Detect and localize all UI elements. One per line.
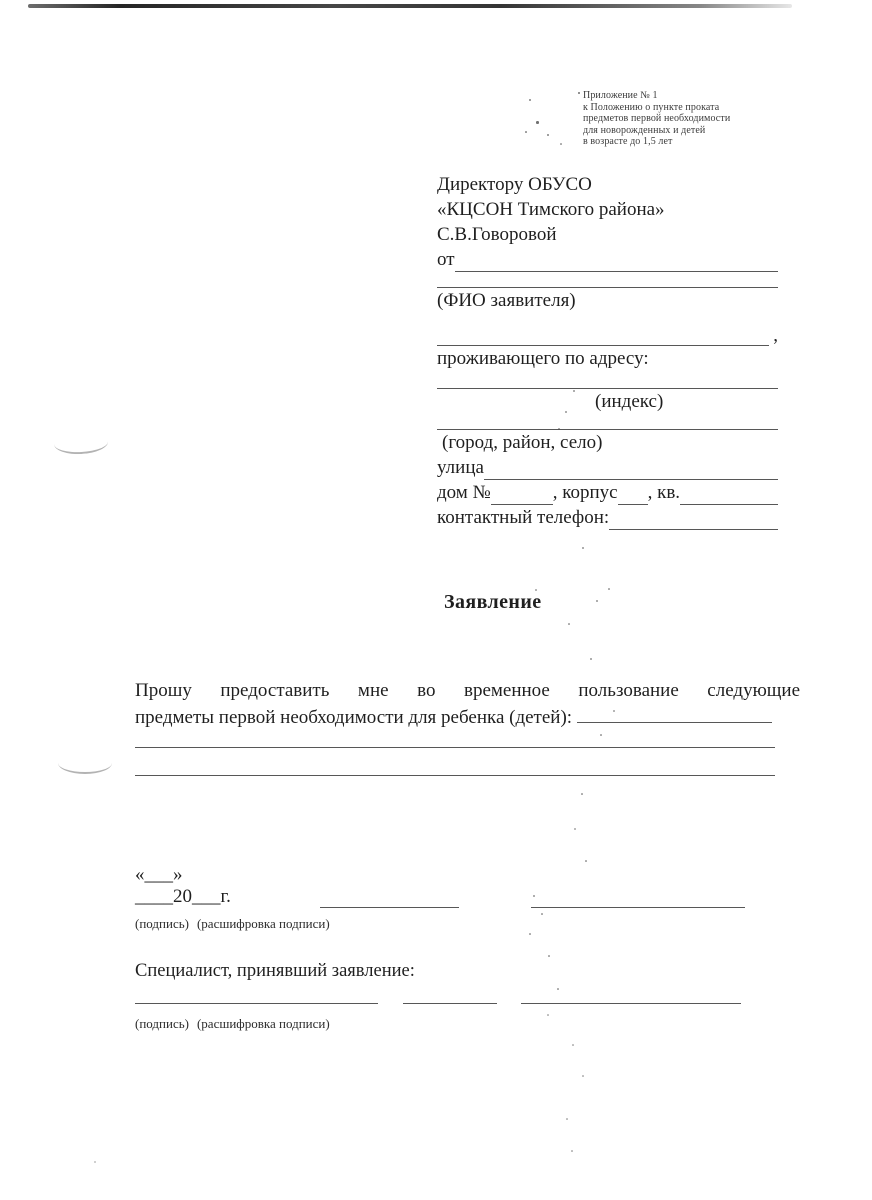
scan-speckle — [548, 955, 550, 957]
scan-speckle — [565, 411, 567, 413]
apartment-line — [680, 483, 778, 505]
items-line-2 — [135, 731, 775, 748]
annotation-line: для новорожденных и детей — [583, 125, 730, 137]
specialist-signature-line — [135, 985, 378, 1004]
scan-speckle — [590, 658, 592, 660]
annotation-line: в возрасте до 1,5 лет — [583, 136, 730, 148]
applicant-name-line-3 — [437, 327, 769, 346]
building-label: , корпус — [553, 480, 618, 505]
from-label: от — [437, 247, 455, 272]
scan-speckle — [581, 793, 583, 795]
specialist-caption: (подпись)(расшифровка подписи) — [135, 1016, 338, 1032]
scan-speckle — [582, 1075, 584, 1077]
date-blanks: «___» ____20___г. — [135, 864, 282, 908]
street-label: улица — [437, 455, 484, 480]
scan-speckle — [585, 860, 587, 862]
specialist-middle-line — [403, 985, 497, 1004]
scan-speckle — [533, 895, 535, 897]
scan-edge-artifact — [28, 4, 792, 8]
scan-speckle — [547, 1014, 549, 1016]
scan-speckle — [596, 600, 598, 602]
date-signature-row: «___» ____20___г. — [135, 882, 745, 908]
specialist-label: Специалист, принявший заявление: — [135, 961, 415, 982]
scan-speckle — [600, 734, 602, 736]
appendix-annotation: Приложение № 1 к Положению о пункте прок… — [583, 90, 730, 148]
addressee-line: С.В.Говоровой — [437, 222, 778, 247]
specialist-lines-row — [135, 986, 741, 1004]
apartment-label: , кв. — [648, 480, 680, 505]
scan-speckle — [573, 390, 575, 392]
items-line-3 — [135, 748, 775, 776]
scan-speckle — [570, 443, 572, 445]
scan-speckle — [560, 143, 562, 145]
from-row: от — [437, 247, 778, 272]
house-label: дом № — [437, 480, 491, 505]
document-title: Заявление — [444, 591, 542, 614]
scan-speckle — [535, 589, 537, 591]
applicant-name-line-2 — [437, 272, 778, 288]
scan-speckle — [574, 828, 576, 830]
items-line — [577, 721, 772, 723]
house-row: дом № , корпус , кв. — [437, 480, 778, 505]
scan-speckle — [604, 688, 606, 690]
scan-speckle — [529, 99, 531, 101]
scan-speckle — [529, 933, 531, 935]
phone-row: контактный телефон: — [437, 505, 778, 530]
specialist-decode-line — [521, 985, 741, 1004]
scan-speckle — [582, 547, 584, 549]
city-caption: (город, район, село) — [437, 430, 778, 455]
scan-speckle — [536, 121, 539, 124]
scan-speckle — [566, 1118, 568, 1120]
scan-speckle — [571, 1150, 573, 1152]
scan-speckle — [541, 913, 543, 915]
scan-speckle — [613, 710, 615, 712]
scan-speckle — [557, 988, 559, 990]
punch-hole-shadow — [53, 431, 108, 456]
addressee-line: «КЦСОН Тимского района» — [437, 197, 778, 222]
scan-speckle — [558, 428, 560, 430]
annotation-line: предметов первой необходимости — [583, 113, 730, 125]
postcode-line — [437, 371, 778, 389]
street-line — [484, 458, 778, 480]
signature-decode-line — [531, 886, 745, 908]
addressee-line: Директору ОБУСО — [437, 172, 778, 197]
addressee-block: Директору ОБУСО «КЦСОН Тимского района» … — [437, 172, 778, 530]
building-line — [618, 483, 648, 505]
street-row: улица — [437, 455, 778, 480]
scanned-application-form: Приложение № 1 к Положению о пункте прок… — [0, 0, 872, 1200]
scan-speckle — [578, 92, 580, 94]
house-number-line — [491, 483, 553, 505]
city-line — [437, 414, 778, 430]
punch-hole-shadow — [58, 752, 112, 774]
phone-label: контактный телефон: — [437, 505, 609, 530]
residing-label: проживающего по адресу: — [437, 346, 778, 371]
name-comma-row: , — [437, 313, 778, 346]
phone-line — [609, 508, 778, 530]
scan-speckle — [525, 131, 527, 133]
request-line-1: Прошу предоставить мне во временное поль… — [135, 677, 800, 704]
applicant-name-line — [455, 250, 778, 272]
annotation-line: к Положению о пункте проката — [583, 102, 730, 114]
scan-speckle — [608, 588, 610, 590]
comma: , — [769, 326, 778, 346]
fio-caption: (ФИО заявителя) — [437, 288, 778, 313]
signature-caption: (подпись)(расшифровка подписи) — [135, 916, 338, 932]
scan-speckle — [94, 1161, 96, 1163]
index-caption: (индекс) — [437, 389, 778, 414]
request-paragraph: Прошу предоставить мне во временное поль… — [135, 677, 800, 776]
scan-speckle — [572, 1044, 574, 1046]
scan-speckle — [568, 623, 570, 625]
annotation-line: Приложение № 1 — [583, 90, 730, 102]
scan-speckle — [547, 134, 549, 136]
request-line-2: предметы первой необходимости для ребенк… — [135, 704, 800, 731]
signature-line — [320, 886, 459, 908]
